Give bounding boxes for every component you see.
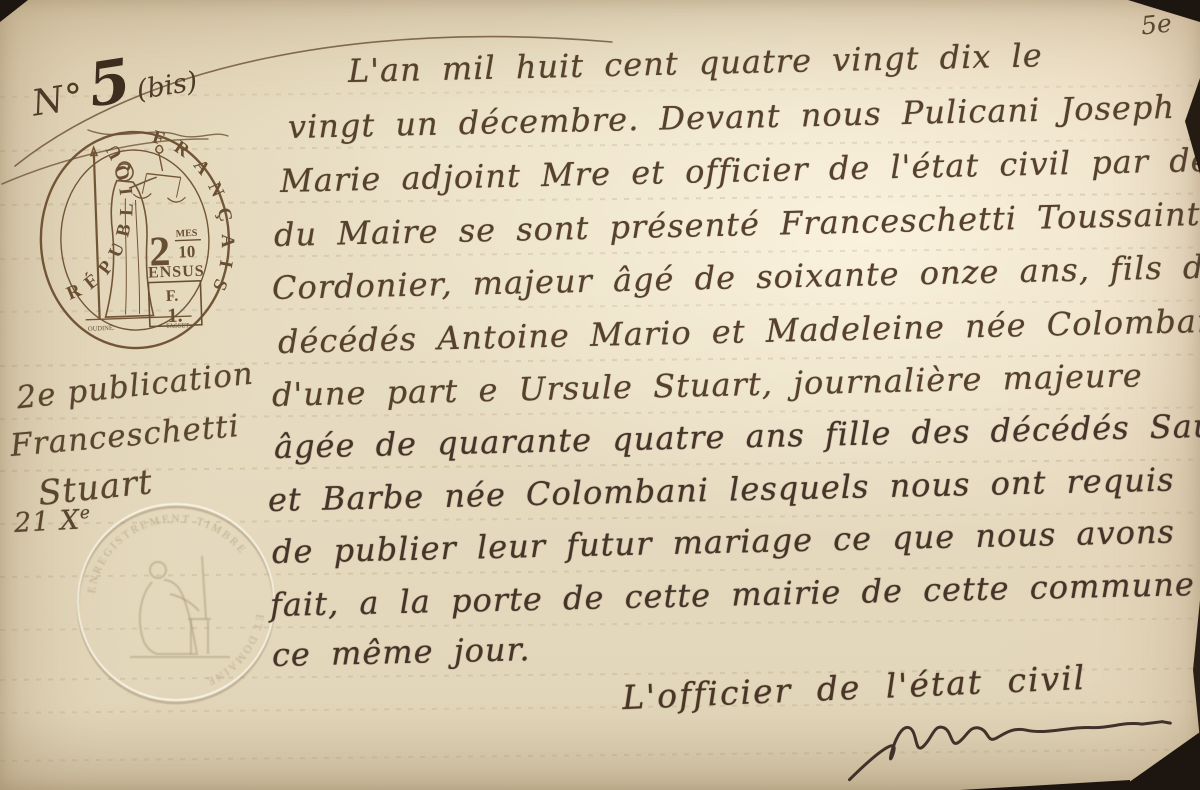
body-line: ce même jour. [272, 630, 531, 674]
margin-note-publication: 2e publication [15, 356, 256, 417]
body-line: décédés Antoine Mario et Madeleine née C… [278, 301, 1200, 361]
stamp-engraver-right: TASSET [166, 322, 190, 330]
stamp-engraver-left: OUDINÉ. [88, 324, 115, 333]
stamp-value-block: 2 MES 10 ENSUS F. 1. OUDINÉ. TASSET [85, 228, 207, 333]
photo-edge-right-lower [1193, 600, 1200, 740]
margin-date-superscript: e [79, 503, 91, 524]
margin-date-day-month: 21 X [13, 505, 81, 539]
stamp-surtax-frac-bottom: 10 [178, 242, 196, 262]
body-line: Cordonier, majeur âgé de soixante onze a… [272, 247, 1200, 307]
body-line: de publier leur futur mariage ce que nou… [272, 513, 1176, 571]
stamp-tablet-currency: F. [166, 288, 179, 305]
body-line: d'une part e Ursule Stuart, journalière … [272, 356, 1144, 414]
document-page: ENREGISTREMENT TIMBRE ET DOMAINES RÉPUBL… [0, 0, 1200, 790]
entry-number-label: N° [29, 76, 88, 125]
seal-seated-figure-icon [130, 556, 230, 657]
body-line: et Barbe née Colombani lesquels nous ont… [268, 460, 1175, 519]
entry-number-suffix: (bis) [135, 66, 200, 106]
stamp-surtax-word: ENSUS [148, 263, 205, 282]
seal-arc-top-text: ENREGISTREMENT TIMBRE [86, 513, 249, 594]
entry-number-value: 5 [83, 46, 135, 122]
margin-note-surname-1: Franceschetti [9, 408, 241, 464]
page-corner-mark: 5e [1140, 8, 1174, 40]
embossed-seal: ENREGISTREMENT TIMBRE ET DOMAINES [70, 498, 282, 710]
body-line: âgée de quarante quatre ans fille des dé… [274, 406, 1200, 466]
margin-note-date: 21 Xe [13, 503, 92, 539]
stamp-surtax-frac-top: MES [176, 228, 198, 240]
svg-text:ENREGISTREMENT TIMBRE: ENREGISTREMENT TIMBRE [86, 513, 249, 594]
body-line: fait, a la porte de cette mairie de cett… [270, 565, 1196, 624]
